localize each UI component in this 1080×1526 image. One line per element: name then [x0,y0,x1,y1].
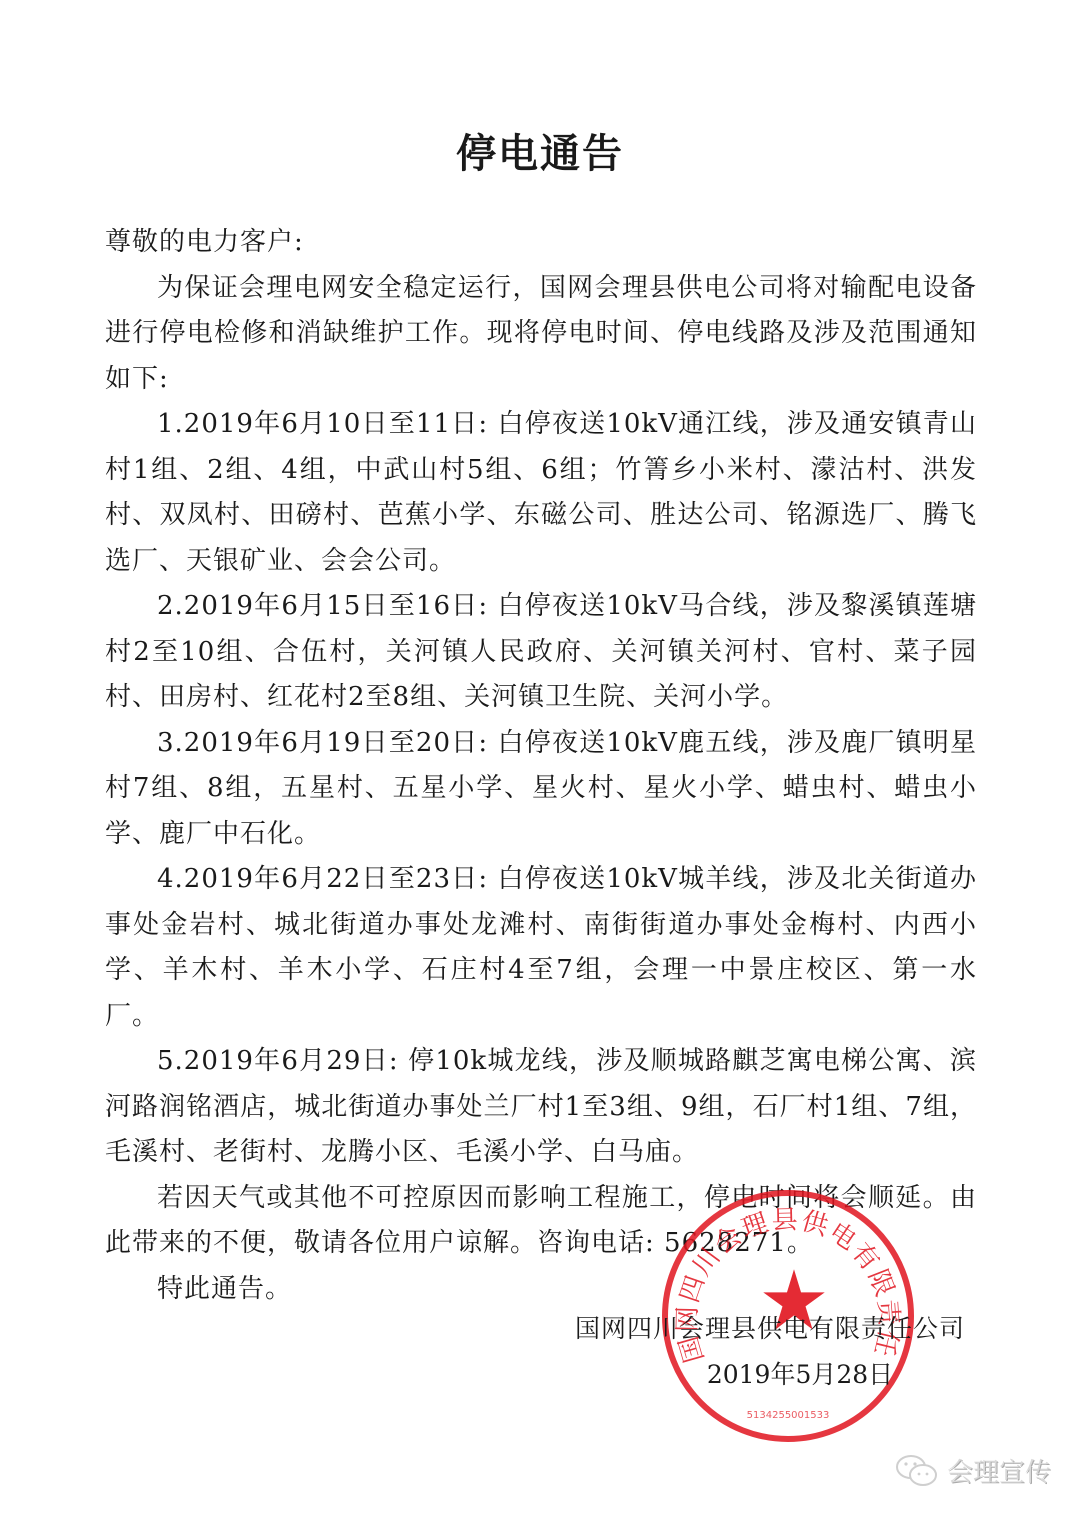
outage-item-4: 4.2019年6月22日至23日: 白停夜送10kV城羊线，涉及北关街道办事处金… [105,857,977,1039]
source-watermark: 会理宣传 [895,1452,1051,1489]
outage-item-5: 5.2019年6月29日: 停10k城龙线，涉及顺城路麒芝寓电梯公寓、滨河路润铭… [105,1039,977,1176]
salutation: 尊敬的电力客户: [105,220,977,266]
outage-item-2: 2.2019年6月15日至16日: 白停夜送10kV马合线，涉及黎溪镇莲塘村2至… [105,584,977,721]
document-body: 尊敬的电力客户: 为保证会理电网安全稳定运行，国网会理县供电公司将对输配电设备进… [105,220,977,1312]
intro-paragraph: 为保证会理电网安全稳定运行，国网会理县供电公司将对输配电设备进行停电检修和消缺维… [105,266,977,403]
document-title: 停电通告 [0,122,1080,179]
wechat-icon [895,1453,939,1489]
signing-date: 2019年5月28日 [560,1352,980,1398]
svg-text:5134255001533: 5134255001533 [747,1410,830,1421]
signing-company: 国网四川会理县供电有限责任公司 [560,1306,980,1352]
outage-item-3: 3.2019年6月19日至20日: 白停夜送10kV鹿五线，涉及鹿厂镇明星村7组… [105,721,977,858]
signature-block: 国网四川会理县供电有限责任公司 2019年5月28日 [560,1306,980,1398]
watermark-label: 会理宣传 [947,1452,1051,1489]
outage-item-1: 1.2019年6月10日至11日: 白停夜送10kV通江线，涉及通安镇青山村1组… [105,402,977,584]
